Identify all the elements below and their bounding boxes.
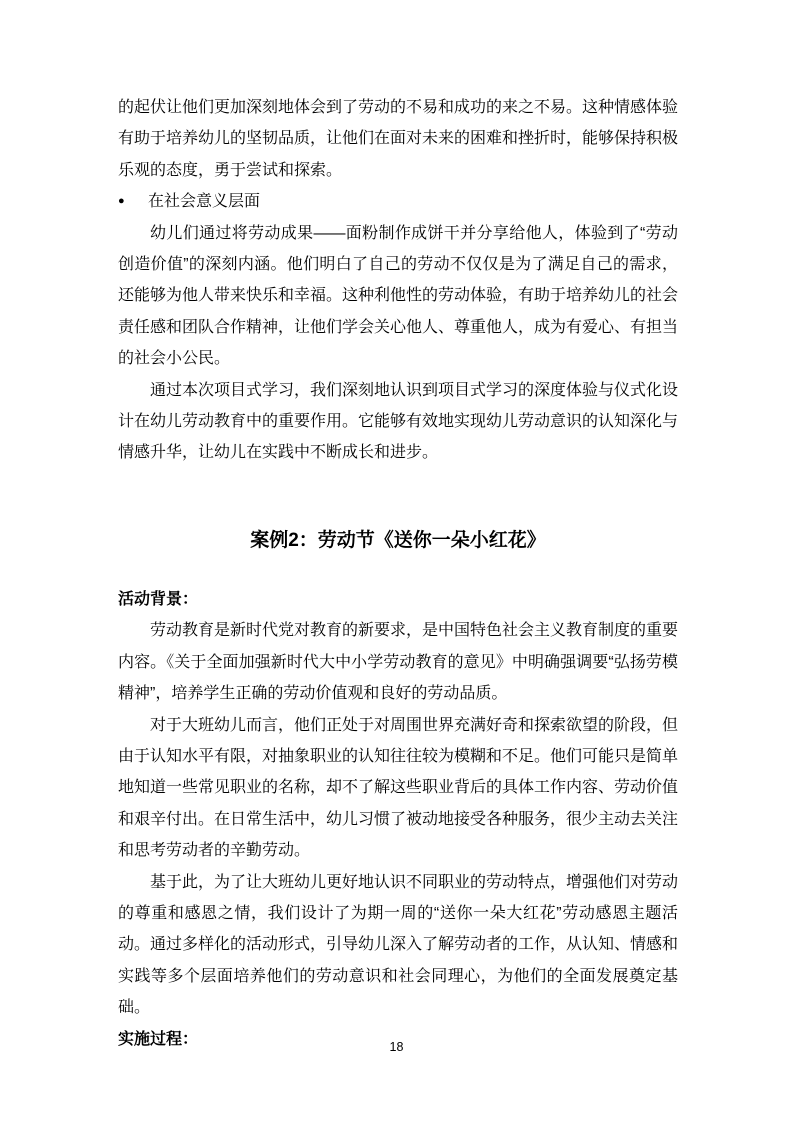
paragraph-social-value: 幼儿们通过将劳动成果——面粉制作成饼干并分享给他人，体验到了“劳动创造价值”的深… [118,218,678,375]
page-content: 的起伏让他们更加深刻地体会到了劳动的不易和成功的来之不易。这种情感体验有助于培养… [118,92,678,1055]
paragraph-background-design: 基于此，为了让大班幼儿更好地认识不同职业的劳动特点，增强他们对劳动的尊重和感恩之… [118,867,678,1024]
paragraph-emotional-continuation: 的起伏让他们更加深刻地体会到了劳动的不易和成功的来之不易。这种情感体验有助于培养… [118,92,678,186]
paragraph-project-conclusion: 通过本次项目式学习，我们深刻地认识到项目式学习的深度体验与仪式化设计在幼儿劳动教… [118,375,678,469]
bullet-icon: ● [118,186,148,217]
case2-heading: 案例2：劳动节《送你一朵小红花》 [118,521,678,561]
page-number: 18 [0,1039,793,1055]
paragraph-background-policy: 劳动教育是新时代党对教育的新要求，是中国特色社会主义教育制度的重要内容。《关于全… [118,615,678,709]
document-page: 的起伏让他们更加深刻地体会到了劳动的不易和成功的来之不易。这种情感体验有助于培养… [0,0,793,1122]
bullet-item-social-level: ●在社会意义层面 [118,186,678,217]
bullet-item-label: 在社会意义层面 [148,193,260,210]
activity-background-label: 活动背景： [118,584,678,615]
paragraph-background-cognition: 对于大班幼儿而言，他们正处于对周围世界充满好奇和探索欲望的阶段，但由于认知水平有… [118,710,678,867]
